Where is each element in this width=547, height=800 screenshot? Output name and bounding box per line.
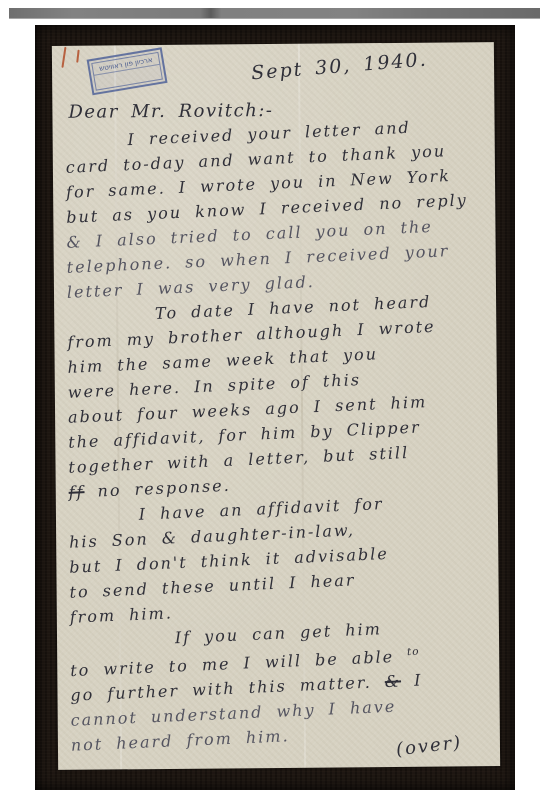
red-pen-mark — [76, 50, 79, 63]
archive-stamp: ארכיון פון ראוויטש — [87, 47, 168, 95]
crossed-out-mark: ff — [68, 482, 85, 502]
archive-stamp-text: ארכיון פון ראוויטש — [93, 55, 160, 76]
archive-stamp-inner-border: ארכיון פון ראוויטש — [91, 52, 163, 91]
scanned-letter-page: ארכיון פון ראוויטש Sept 30, 1940. Dear M… — [0, 0, 547, 800]
superscript-word: to — [407, 646, 420, 659]
scanner-artifact-bar — [9, 8, 540, 18]
letter-line-text: I — [401, 671, 423, 691]
letter-line-text: no response. — [84, 476, 231, 501]
letter-salutation: Dear Mr. Rovitch:- — [68, 100, 273, 123]
crossed-out-mark: & — [384, 672, 401, 692]
letter-paper: ארכיון פון ראוויטש Sept 30, 1940. Dear M… — [52, 42, 500, 770]
letter-body: I received your letter and card to-day a… — [66, 126, 494, 758]
red-pen-mark — [61, 47, 66, 68]
letter-date: Sept 30, 1940. — [251, 49, 429, 85]
